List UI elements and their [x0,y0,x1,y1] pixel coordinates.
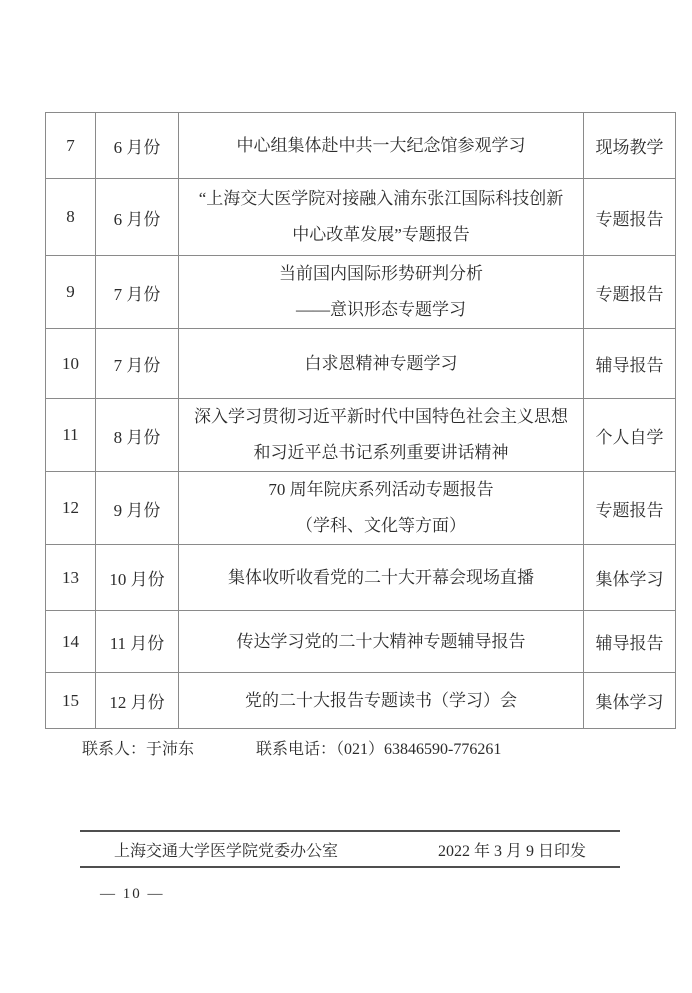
cell-serial: 13 [46,545,96,611]
cell-month: 10 月份 [96,545,179,611]
activity-line: 传达学习党的二十大精神专题辅导报告 [181,624,581,660]
cell-month: 9 月份 [96,472,179,545]
cell-category: 专题报告 [584,179,676,256]
cell-month: 6 月份 [96,113,179,179]
cell-serial: 11 [46,399,96,472]
cell-month: 7 月份 [96,329,179,399]
cell-activity: 党的二十大报告专题读书（学习）会 [179,673,584,729]
table-row: 9 7 月份 当前国内国际形势研判分析 ——意识形态专题学习 专题报告 [46,256,676,329]
table-row: 15 12 月份 党的二十大报告专题读书（学习）会 集体学习 [46,673,676,729]
cell-activity: 中心组集体赴中共一大纪念馆参观学习 [179,113,584,179]
cell-activity: 白求恩精神专题学习 [179,329,584,399]
cell-activity: “上海交大医学院对接融入浦东张江国际科技创新 中心改革发展”专题报告 [179,179,584,256]
activity-line: 中心改革发展”专题报告 [181,217,581,253]
study-schedule-table: 7 6 月份 中心组集体赴中共一大纪念馆参观学习 现场教学 8 6 月份 “上海… [45,112,676,729]
cell-category: 辅导报告 [584,611,676,673]
table-row: 10 7 月份 白求恩精神专题学习 辅导报告 [46,329,676,399]
table-row: 7 6 月份 中心组集体赴中共一大纪念馆参观学习 现场教学 [46,113,676,179]
activity-line: 中心组集体赴中共一大纪念馆参观学习 [181,128,581,164]
cell-activity: 70 周年院庆系列活动专题报告 （学科、文化等方面） [179,472,584,545]
cell-month: 8 月份 [96,399,179,472]
cell-serial: 15 [46,673,96,729]
cell-category: 个人自学 [584,399,676,472]
table-row: 12 9 月份 70 周年院庆系列活动专题报告 （学科、文化等方面） 专题报告 [46,472,676,545]
activity-line: 党的二十大报告专题读书（学习）会 [181,683,581,719]
colophon-bar: 上海交通大学医学院党委办公室 2022 年 3 月 9 日印发 [80,830,620,868]
activity-line: 白求恩精神专题学习 [181,346,581,382]
activity-line: ——意识形态专题学习 [181,292,581,328]
cell-activity: 深入学习贯彻习近平新时代中国特色社会主义思想 和习近平总书记系列重要讲话精神 [179,399,584,472]
cell-category: 专题报告 [584,472,676,545]
document-page: 7 6 月份 中心组集体赴中共一大纪念馆参观学习 现场教学 8 6 月份 “上海… [0,0,692,993]
activity-line: “上海交大医学院对接融入浦东张江国际科技创新 [181,181,581,217]
cell-serial: 10 [46,329,96,399]
activity-line: 当前国内国际形势研判分析 [181,256,581,292]
cell-activity: 传达学习党的二十大精神专题辅导报告 [179,611,584,673]
cell-category: 集体学习 [584,673,676,729]
cell-serial: 12 [46,472,96,545]
cell-month: 12 月份 [96,673,179,729]
cell-category: 现场教学 [584,113,676,179]
cell-serial: 9 [46,256,96,329]
cell-serial: 8 [46,179,96,256]
colophon-issuer: 上海交通大学医学院党委办公室 [114,838,338,861]
table-row: 13 10 月份 集体收听收看党的二十大开幕会现场直播 集体学习 [46,545,676,611]
cell-serial: 14 [46,611,96,673]
cell-month: 7 月份 [96,256,179,329]
cell-category: 专题报告 [584,256,676,329]
table-row: 11 8 月份 深入学习贯彻习近平新时代中国特色社会主义思想 和习近平总书记系列… [46,399,676,472]
contact-line: 联系人：于沛东 联系电话：（021）63846590-776261 [82,736,501,759]
contact-phone: 联系电话：（021）63846590-776261 [256,741,501,758]
cell-serial: 7 [46,113,96,179]
activity-line: 70 周年院庆系列活动专题报告 [181,472,581,508]
activity-line: 和习近平总书记系列重要讲话精神 [181,435,581,471]
contact-person: 联系人：于沛东 [82,741,194,758]
colophon-date: 2022 年 3 月 9 日印发 [438,838,586,861]
page-number: — 10 — [100,886,165,903]
cell-month: 11 月份 [96,611,179,673]
cell-category: 辅导报告 [584,329,676,399]
cell-category: 集体学习 [584,545,676,611]
activity-line: 深入学习贯彻习近平新时代中国特色社会主义思想 [181,399,581,435]
cell-activity: 集体收听收看党的二十大开幕会现场直播 [179,545,584,611]
table-row: 8 6 月份 “上海交大医学院对接融入浦东张江国际科技创新 中心改革发展”专题报… [46,179,676,256]
table-row: 14 11 月份 传达学习党的二十大精神专题辅导报告 辅导报告 [46,611,676,673]
activity-line: （学科、文化等方面） [181,508,581,544]
cell-activity: 当前国内国际形势研判分析 ——意识形态专题学习 [179,256,584,329]
activity-line: 集体收听收看党的二十大开幕会现场直播 [181,560,581,596]
cell-month: 6 月份 [96,179,179,256]
